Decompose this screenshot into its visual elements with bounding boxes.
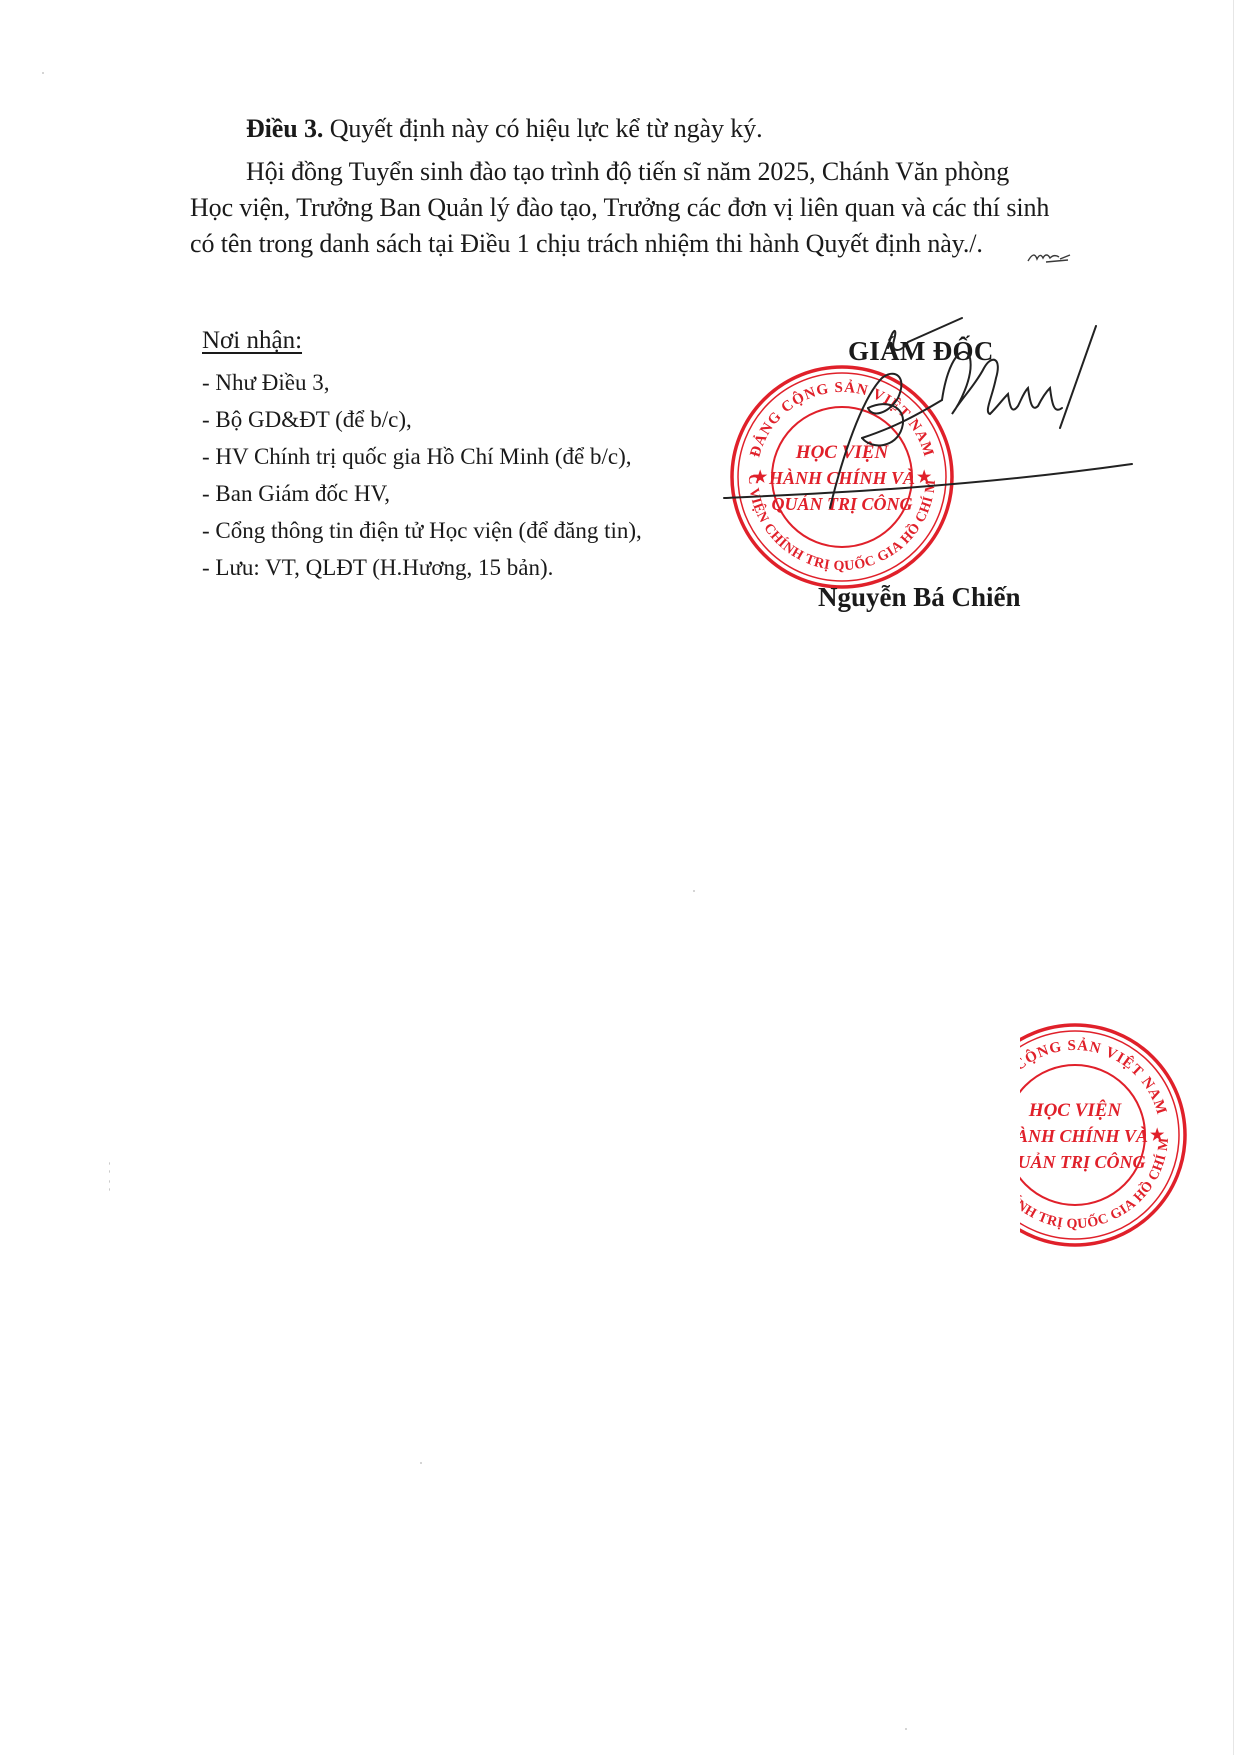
scan-speck [109, 1180, 110, 1183]
scan-speck [420, 1462, 422, 1464]
partial-stamp-center-line: HÀNH CHÍNH VÀ [1001, 1125, 1148, 1146]
stamp-star-icon: ★ [753, 469, 768, 486]
scan-speck [42, 72, 44, 74]
scan-speck [109, 1162, 110, 1165]
signer-name: Nguyễn Bá Chiến [818, 582, 1021, 613]
scan-speck [905, 1728, 907, 1730]
document-page: Điều 3. Quyết định này có hiệu lực kể từ… [0, 0, 1241, 1755]
stamp-star-icon: ★ [1150, 1127, 1165, 1144]
recipient-item: - Bộ GD&ĐT (để b/c), [202, 401, 642, 438]
recipient-item: - Cổng thông tin điện tử Học viện (để đă… [202, 512, 642, 549]
partial-stamp-center-line: HỌC VIỆN [1028, 1099, 1123, 1121]
responsibility-line-2: Học viện, Trưởng Ban Quản lý đào tạo, Tr… [190, 188, 1049, 228]
scan-edge-line [1233, 0, 1234, 1755]
stamp-center-line: HỌC VIỆN [795, 441, 890, 463]
initials-mark [1026, 250, 1072, 264]
recipients-title: Nơi nhận: [202, 322, 642, 360]
stamp-center-line: HÀNH CHÍNH VÀ [768, 467, 915, 488]
recipient-item: - Như Điều 3, [202, 364, 642, 401]
responsibility-line-3: có tên trong danh sách tại Điều 1 chịu t… [190, 224, 983, 264]
partial-seal-stamp: ĐẢNG CỘNG SẢN VIỆT NAM HỌC VIỆN CHÍNH TR… [1000, 1015, 1220, 1265]
article-3-text: Quyết định này có hiệu lực kể từ ngày ký… [323, 114, 762, 143]
scan-speck [693, 890, 695, 892]
recipient-item: - Ban Giám đốc HV, [202, 475, 642, 512]
article-3: Điều 3. Quyết định này có hiệu lực kể từ… [246, 109, 762, 149]
article-3-label: Điều 3. [246, 114, 323, 143]
scan-speck [109, 1188, 110, 1191]
recipient-item: - HV Chính trị quốc gia Hồ Chí Minh (để … [202, 438, 642, 475]
official-seal-stamp: ĐẢNG CỘNG SẢN VIỆT NAM HỌC VIỆN CHÍNH TR… [727, 362, 957, 592]
scan-speck [109, 1170, 110, 1173]
stamp-star-icon: ★ [917, 469, 932, 486]
responsibility-line-1: Hội đồng Tuyển sinh đào tạo trình độ tiế… [246, 152, 1009, 192]
recipients-block: Nơi nhận: - Như Điều 3, - Bộ GD&ĐT (để b… [202, 322, 642, 586]
stamp-center-line: QUẢN TRỊ CÔNG [771, 493, 912, 514]
recipient-item: - Lưu: VT, QLĐT (H.Hương, 15 bản). [202, 549, 642, 586]
partial-stamp-center-line: QUẢN TRỊ CÔNG [1004, 1151, 1145, 1172]
